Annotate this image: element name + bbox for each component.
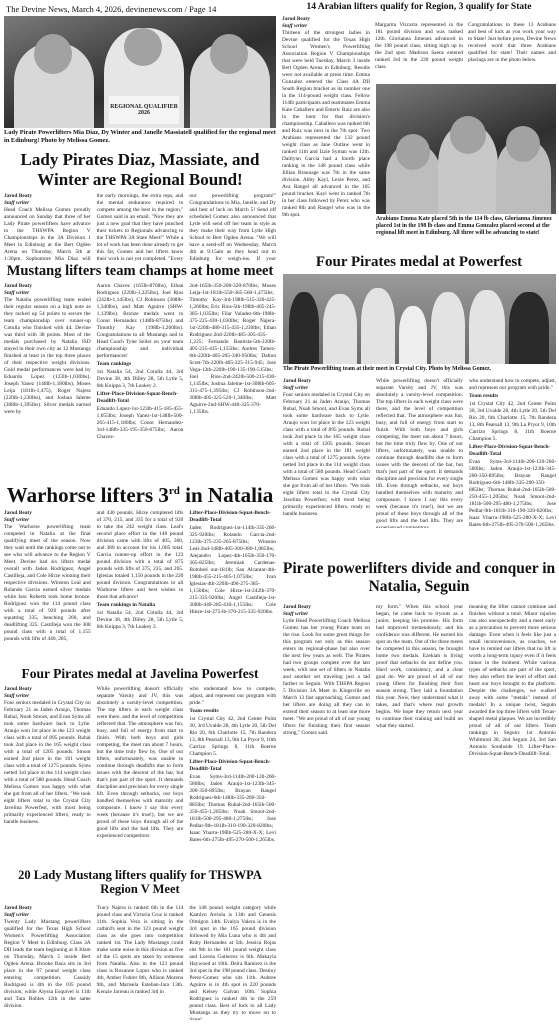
- headline-text: in Natalia: [180, 483, 273, 507]
- headline-superscript: rd: [169, 485, 180, 497]
- article-text: Four seniors medaled in Crystal City on …: [4, 700, 91, 826]
- byline: Jarod Beaty: [4, 686, 91, 693]
- article-text: and 430 pounds. Hirze completed lifts of…: [97, 510, 184, 601]
- byline-role: Staff writer: [4, 200, 91, 207]
- article-divide-and-conquer: Jarod BeatyStaff writerLytle Head Powerl…: [283, 604, 556, 1020]
- article-warhorse-lifters: Jarod BeatyStaff writerThe Warhorse powe…: [4, 510, 276, 660]
- results-label: Lifter-Place-Division-Squat-Bench-Deadli…: [97, 391, 184, 405]
- byline: Jarod Beaty: [4, 283, 91, 290]
- byline-role: Staff writer: [4, 912, 91, 919]
- article-javelina-powerfest: Jarod BeatyStaff writerFour seniors meda…: [4, 686, 276, 851]
- results: 2nd-165lb-350-200-320-870lbs; Moses Leij…: [189, 283, 276, 416]
- article-text: Twenty Lady Mustang powerlifters qualifi…: [4, 919, 91, 1010]
- byline: Jarod Beaty: [283, 604, 370, 611]
- article-arabian-col2: Margarita Vizcarra represented in the 18…: [375, 22, 463, 72]
- byline: Jarod Beaty: [4, 193, 91, 200]
- masthead: The Devine News, March 4, 2026, devinene…: [6, 4, 216, 14]
- byline: Jarod Beaty: [283, 378, 370, 385]
- article-text: Lytle Head Powerlifting Coach Melissa Go…: [283, 618, 370, 737]
- team-results: 1st Crystal City 42, 2nd Center Point 30…: [189, 716, 276, 758]
- team-rankings-label: Team rankings in Natalia: [97, 602, 184, 609]
- pirate-team-photo-caption: The Pirate Powerlifting team at their me…: [283, 366, 556, 373]
- results-label: Lifter-Place-Division-Squat-Bench-Deadli…: [189, 510, 276, 524]
- article-text: Congratulations to these 13 Arabians and…: [468, 22, 556, 64]
- team-rankings-label: Team rankings: [97, 361, 184, 368]
- article-mustang-lifters: Jarod BeatyStaff writerThe Natalia power…: [4, 283, 276, 478]
- byline-role: Staff writer: [282, 23, 370, 30]
- headline-lady-mustang: 20 Lady Mustang lifters qualify for THSW…: [4, 868, 276, 897]
- article-text: Thirteen of the strongest ladies in Devi…: [282, 30, 370, 219]
- article-arabian-col1: Jarod BeatyStaff writerThirteen of the s…: [282, 16, 370, 244]
- team-results: 1st Crystal City 42, 2nd Center Point 30…: [469, 401, 556, 443]
- byline-role: Staff writer: [4, 517, 91, 524]
- arabians-photo-caption: Arabians Emma Kate placed 5th in the 114…: [376, 216, 556, 238]
- regional-qualifier-banner: REGIONAL QUALIFIER 2026: [109, 96, 179, 124]
- headline-pirates-powerfest: Four Pirates medal at Powerfest: [282, 254, 556, 271]
- headline-divide-and-conquer: Pirate powerlifters divide and conquer i…: [282, 560, 556, 596]
- article-text: who understand how to compete, adjust, a…: [189, 686, 276, 707]
- results-label: Lifter-Place-Division-Squat-Bench-Deadli…: [189, 759, 276, 773]
- article-lady-pirates: Jarod BeatyStaff writerHead Coach Meliss…: [4, 193, 276, 261]
- lady-pirates-photo: REGIONAL QUALIFIER 2026: [4, 16, 276, 128]
- byline-role: Staff writer: [283, 385, 370, 392]
- headline-mustang-lifters: Mustang lifters team champs at home meet: [4, 263, 276, 280]
- article-text: the early mornings, the extra reps, and …: [97, 193, 184, 261]
- article-text: The Warhorse powerlifting team competed …: [4, 524, 91, 643]
- headline-lady-pirates: Lady Pirates Diaz, Massiate, and Winter …: [4, 150, 276, 189]
- headline-text: Warhorse lifters 3: [7, 483, 169, 507]
- article-text: Tracy Najera is ranked 6th in the 114 po…: [97, 905, 184, 996]
- pirate-team-photo: [283, 274, 556, 364]
- team-results-label: Team results: [469, 393, 556, 400]
- article-text: Margarita Vizcarra represented in the 18…: [375, 22, 463, 71]
- article-text: our powerlifting program!" Congratulatio…: [189, 193, 276, 261]
- lady-pirates-photo-caption: Lady Pirate Powerlifters Mia Diaz, Dy Wi…: [4, 129, 276, 145]
- article-text: who understand how to compete, adjust, a…: [469, 378, 556, 392]
- results: Evan Syms-3rd-114lb-200-120-260-580lbs; …: [469, 459, 556, 528]
- byline-role: Staff writer: [4, 693, 91, 700]
- results-label: Lifter-Place-Division-Squat-Bench-Deadli…: [469, 444, 556, 458]
- article-text: Four seniors medaled in Crystal City on …: [283, 392, 370, 518]
- article-text: The Natalia powerlifting team ended thei…: [4, 297, 91, 416]
- article-pirates-powerfest: Jarod BeatyStaff writerFour seniors meda…: [283, 378, 556, 528]
- article-text: Head Coach Melissa Gomez proudly announc…: [4, 207, 91, 261]
- team-results-label: Team results: [189, 708, 276, 715]
- byline: Jarod Beaty: [4, 510, 91, 517]
- arabians-photo: [376, 84, 556, 214]
- article-text: my form." When this school year began, h…: [376, 604, 463, 730]
- headline-javelina-powerfest: Four Pirates medal at Javelina Powerfest: [4, 666, 276, 682]
- byline-role: Staff writer: [4, 290, 91, 297]
- byline: Jarod Beaty: [4, 905, 91, 912]
- article-text: meaning the lifter cannot continue and f…: [469, 604, 556, 758]
- headline-warhorse-lifters: Warhorse lifters 3rd in Natalia: [4, 483, 276, 507]
- article-text: While powerlifting doesn't officially se…: [97, 686, 184, 840]
- byline-role: Staff writer: [283, 611, 370, 618]
- article-arabian-col3: Congratulations to these 13 Arabians and…: [468, 22, 556, 72]
- results: Evan Syms-3rd-114lb-200-120-260-580lbs; …: [189, 774, 276, 844]
- article-text: Aaron Chavez (165lb-870lbs), Ethan Rodri…: [97, 283, 184, 360]
- results: Eduardo Lopez-1st-123lb-415-185-455-1,05…: [97, 406, 184, 441]
- headline-arabian-lifters: 14 Arabian lifters qualify for Region, 3…: [282, 2, 556, 13]
- article-text: While powerlifting doesn't officially se…: [376, 378, 463, 528]
- results: Jaden Rodriguez-1st-114lb-335-260-325-92…: [189, 525, 276, 616]
- team-rankings: 1st Natalia 54, 2nd Cotulla 44, 3rd Devi…: [97, 610, 184, 631]
- article-lady-mustang: Jarod BeatyStaff writerTwenty Lady Musta…: [4, 905, 276, 1020]
- team-rankings: 1st Natalia 54, 2nd Cotulla 44, 3rd Devi…: [97, 369, 184, 390]
- article-text: the 148 pound weight category while Kaml…: [189, 905, 276, 1020]
- byline: Jarod Beaty: [282, 16, 370, 23]
